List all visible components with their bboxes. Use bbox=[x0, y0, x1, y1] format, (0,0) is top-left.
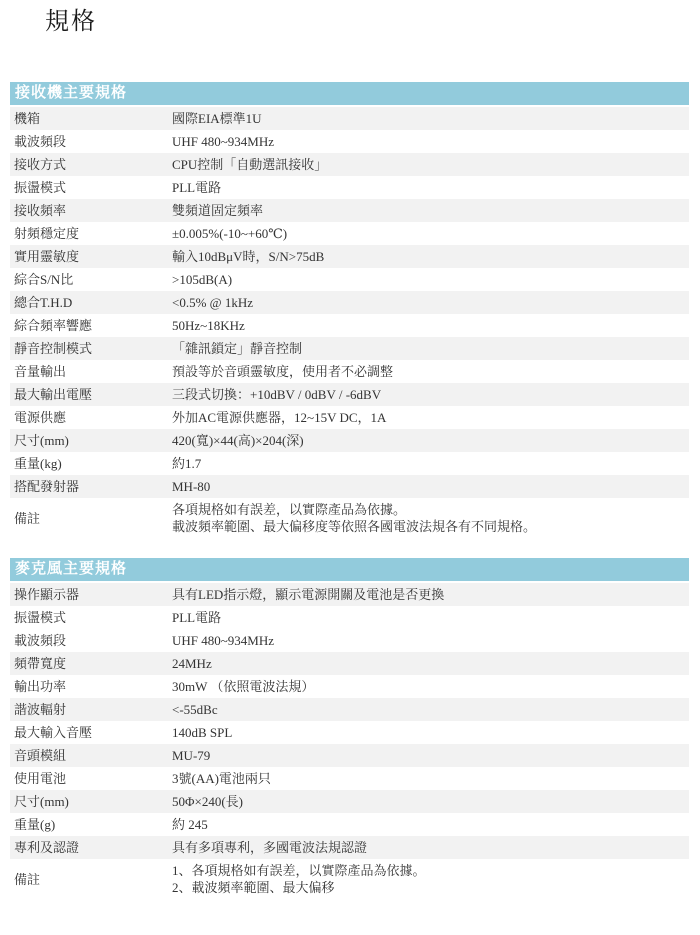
spec-label: 載波頻段 bbox=[10, 632, 172, 649]
spec-row: 尺寸(mm)50Φ×240(長) bbox=[10, 790, 689, 813]
spec-value: MU-79 bbox=[172, 744, 689, 767]
spec-value: 3號(AA)電池兩只 bbox=[172, 767, 689, 790]
spec-row: 最大輸出電壓三段式切換：+10dBV / 0dBV / -6dBV bbox=[10, 383, 689, 406]
spec-value: 「雜訊鎖定」靜音控制 bbox=[172, 337, 689, 360]
spec-row: 實用靈敏度輸入10dBμV時，S/N>75dB bbox=[10, 245, 689, 268]
spec-value: 預設等於音頭靈敏度，使用者不必調整 bbox=[172, 360, 689, 383]
spec-label: 使用電池 bbox=[10, 770, 172, 787]
spec-value: UHF 480~934MHz bbox=[172, 629, 689, 652]
spec-value: 雙頻道固定頻率 bbox=[172, 199, 689, 222]
spec-label: 實用靈敏度 bbox=[10, 248, 172, 265]
spec-label: 最大輸出電壓 bbox=[10, 386, 172, 403]
receiver-section-header: 接收機主要規格 bbox=[10, 82, 689, 105]
spec-label: 接收方式 bbox=[10, 156, 172, 173]
spec-row: 機箱國際EIA標準1U bbox=[10, 107, 689, 130]
spec-row: 總合T.H.D<0.5% @ 1kHz bbox=[10, 291, 689, 314]
spec-row: 尺寸(mm)420(寬)×44(高)×204(深) bbox=[10, 429, 689, 452]
spec-label: 操作顯示器 bbox=[10, 586, 172, 603]
spec-row: 音頭模組MU-79 bbox=[10, 744, 689, 767]
spec-value: >105dB(A) bbox=[172, 268, 689, 291]
spec-value: 24MHz bbox=[172, 652, 689, 675]
spec-row: 專利及認證具有多項專利，多國電波法規認證 bbox=[10, 836, 689, 859]
spec-row: 備註各項規格如有誤差，以實際產品為依據。 載波頻率範圍、最大偏移度等依照各國電波… bbox=[10, 498, 689, 538]
spec-label: 搭配發射器 bbox=[10, 478, 172, 495]
spec-value: <0.5% @ 1kHz bbox=[172, 291, 689, 314]
spec-label: 最大輸入音壓 bbox=[10, 724, 172, 741]
spec-row: 備註1、各項規格如有誤差，以實際產品為依據。 2、載波頻率範圍、最大偏移 bbox=[10, 859, 689, 899]
spec-label: 綜合頻率響應 bbox=[10, 317, 172, 334]
spec-row: 載波頻段UHF 480~934MHz bbox=[10, 629, 689, 652]
spec-value: ±0.005%(-10~+60℃) bbox=[172, 222, 689, 245]
spec-row: 電源供應外加AC電源供應器，12~15V DC，1A bbox=[10, 406, 689, 429]
spec-row: 載波頻段UHF 480~934MHz bbox=[10, 130, 689, 153]
spec-value: 輸入10dBμV時，S/N>75dB bbox=[172, 245, 689, 268]
spec-row: 振盪模式PLL電路 bbox=[10, 176, 689, 199]
spec-value: 約1.7 bbox=[172, 452, 689, 475]
spec-label: 頻帶寬度 bbox=[10, 655, 172, 672]
spec-row: 振盪模式PLL電路 bbox=[10, 606, 689, 629]
spec-label: 尺寸(mm) bbox=[10, 793, 172, 810]
spec-row: 頻帶寬度24MHz bbox=[10, 652, 689, 675]
spec-row: 輸出功率30mW （依照電波法規） bbox=[10, 675, 689, 698]
page-title: 規格 bbox=[0, 0, 700, 36]
spec-label: 機箱 bbox=[10, 110, 172, 127]
spec-value: 具有LED指示燈，顯示電源開關及電池是否更換 bbox=[172, 583, 689, 606]
spec-value: CPU控制「自動選訊接收」 bbox=[172, 153, 689, 176]
spec-value: UHF 480~934MHz bbox=[172, 130, 689, 153]
spec-row: 射頻穩定度±0.005%(-10~+60℃) bbox=[10, 222, 689, 245]
spec-label: 振盪模式 bbox=[10, 609, 172, 626]
spec-label: 專利及認證 bbox=[10, 839, 172, 856]
spec-row: 接收頻率雙頻道固定頻率 bbox=[10, 199, 689, 222]
spec-row: 重量(g)約 245 bbox=[10, 813, 689, 836]
spec-label: 備註 bbox=[10, 871, 172, 888]
spec-row: 重量(kg)約1.7 bbox=[10, 452, 689, 475]
spec-row: 綜合頻率響應50Hz~18KHz bbox=[10, 314, 689, 337]
spec-label: 總合T.H.D bbox=[10, 294, 172, 311]
spec-value: 具有多項專利，多國電波法規認證 bbox=[172, 836, 689, 859]
microphone-section-header: 麥克風主要規格 bbox=[10, 558, 689, 581]
spec-value: MH-80 bbox=[172, 475, 689, 498]
spec-label: 音量輸出 bbox=[10, 363, 172, 380]
spec-row: 最大輸入音壓140dB SPL bbox=[10, 721, 689, 744]
spec-label: 綜合S/N比 bbox=[10, 271, 172, 288]
spec-row: 接收方式CPU控制「自動選訊接收」 bbox=[10, 153, 689, 176]
spec-row: 操作顯示器具有LED指示燈，顯示電源開關及電池是否更換 bbox=[10, 583, 689, 606]
microphone-spec-rows: 操作顯示器具有LED指示燈，顯示電源開關及電池是否更換振盪模式PLL電路載波頻段… bbox=[10, 583, 689, 899]
spec-row: 搭配發射器MH-80 bbox=[10, 475, 689, 498]
microphone-spec-table: 麥克風主要規格 操作顯示器具有LED指示燈，顯示電源開關及電池是否更換振盪模式P… bbox=[10, 558, 689, 899]
spec-value: 國際EIA標準1U bbox=[172, 107, 689, 130]
spec-value: 外加AC電源供應器，12~15V DC，1A bbox=[172, 406, 689, 429]
spec-label: 輸出功率 bbox=[10, 678, 172, 695]
spec-label: 載波頻段 bbox=[10, 133, 172, 150]
spec-label: 靜音控制模式 bbox=[10, 340, 172, 357]
spec-value: 140dB SPL bbox=[172, 721, 689, 744]
spec-label: 重量(kg) bbox=[10, 455, 172, 472]
spec-label: 振盪模式 bbox=[10, 179, 172, 196]
spec-value: 420(寬)×44(高)×204(深) bbox=[172, 429, 689, 452]
spec-value: 三段式切換：+10dBV / 0dBV / -6dBV bbox=[172, 383, 689, 406]
spec-label: 諧波輻射 bbox=[10, 701, 172, 718]
receiver-spec-rows: 機箱國際EIA標準1U載波頻段UHF 480~934MHz接收方式CPU控制「自… bbox=[10, 107, 689, 538]
spec-label: 接收頻率 bbox=[10, 202, 172, 219]
spec-row: 綜合S/N比>105dB(A) bbox=[10, 268, 689, 291]
spec-value: 30mW （依照電波法規） bbox=[172, 675, 689, 698]
spec-value: 50Hz~18KHz bbox=[172, 314, 689, 337]
spec-value: 1、各項規格如有誤差，以實際產品為依據。 2、載波頻率範圍、最大偏移 bbox=[172, 859, 689, 899]
spec-label: 音頭模組 bbox=[10, 747, 172, 764]
spec-value: PLL電路 bbox=[172, 176, 689, 199]
spec-value: 50Φ×240(長) bbox=[172, 790, 689, 813]
spec-value: 各項規格如有誤差，以實際產品為依據。 載波頻率範圍、最大偏移度等依照各國電波法規… bbox=[172, 498, 689, 538]
spec-label: 射頻穩定度 bbox=[10, 225, 172, 242]
spec-row: 使用電池3號(AA)電池兩只 bbox=[10, 767, 689, 790]
spec-row: 音量輸出預設等於音頭靈敏度，使用者不必調整 bbox=[10, 360, 689, 383]
receiver-spec-table: 接收機主要規格 機箱國際EIA標準1U載波頻段UHF 480~934MHz接收方… bbox=[10, 82, 689, 538]
spec-value: PLL電路 bbox=[172, 606, 689, 629]
spec-label: 備註 bbox=[10, 510, 172, 527]
spec-row: 諧波輻射<-55dBc bbox=[10, 698, 689, 721]
spec-label: 重量(g) bbox=[10, 816, 172, 833]
spec-value: 約 245 bbox=[172, 813, 689, 836]
spec-label: 電源供應 bbox=[10, 409, 172, 426]
spec-label: 尺寸(mm) bbox=[10, 432, 172, 449]
spec-value: <-55dBc bbox=[172, 698, 689, 721]
spec-row: 靜音控制模式「雜訊鎖定」靜音控制 bbox=[10, 337, 689, 360]
